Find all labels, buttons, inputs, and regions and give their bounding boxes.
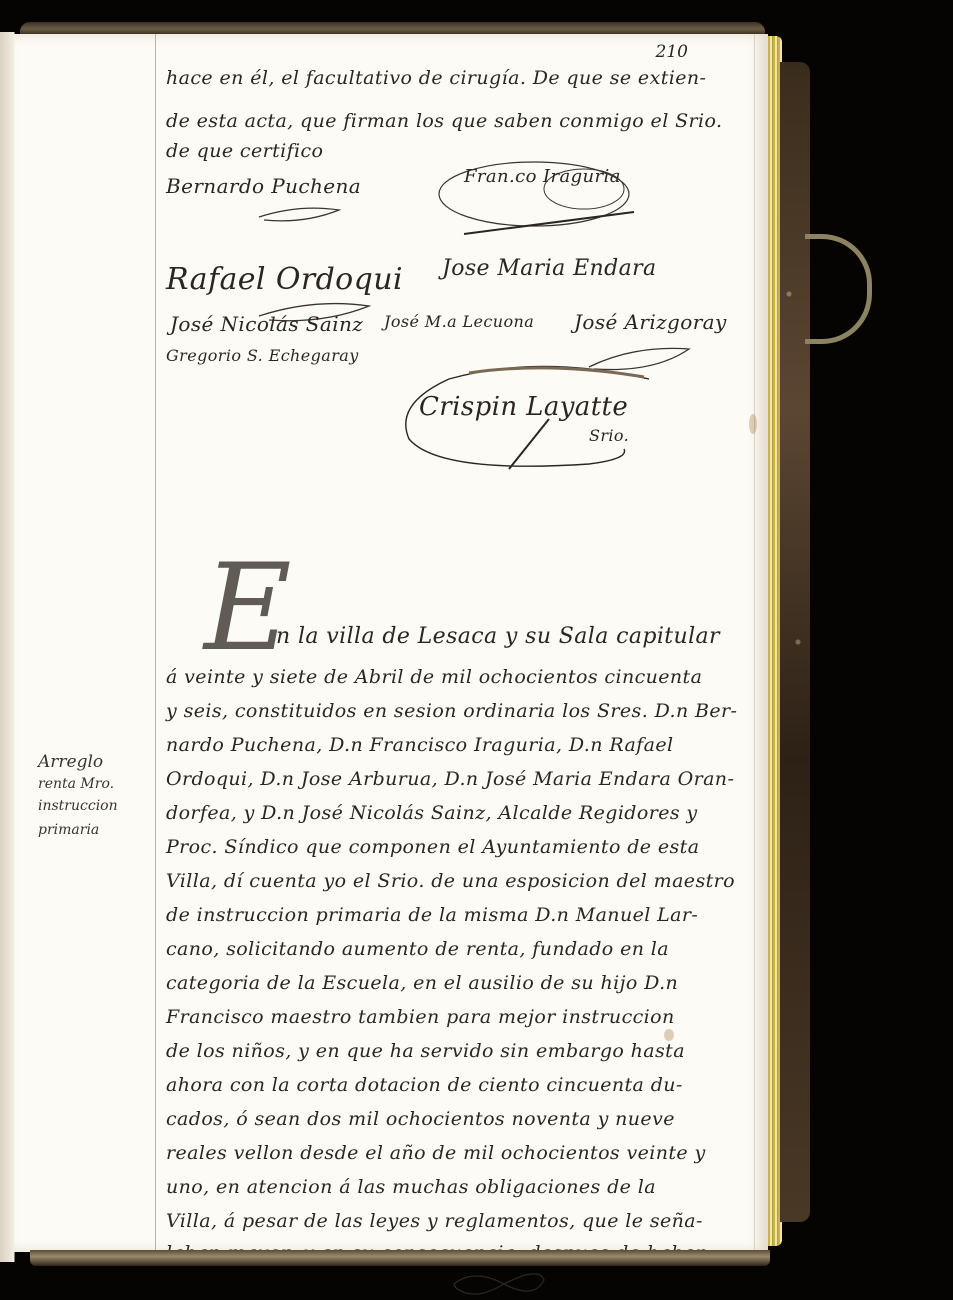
- text-line: cados, ó sean dos mil ochocientos novent…: [166, 1108, 675, 1130]
- text-line: uno, en atencion á las muchas obligacion…: [166, 1176, 656, 1198]
- text-line: de que certifico: [166, 140, 323, 162]
- signature: Jose Maria Endara: [442, 256, 657, 281]
- signature: José Nicolás Sainz: [170, 312, 363, 336]
- text-line: categoria de la Escuela, en el ausilio d…: [166, 972, 678, 994]
- margin-note-line: primaria: [38, 822, 99, 838]
- text-line: nardo Puchena, D.n Francisco Iraguria, D…: [166, 734, 673, 756]
- text-line: de los niños, y en que ha servido sin em…: [166, 1040, 685, 1062]
- open-ledger-book: 210 hace en él, el facultativo de cirugí…: [0, 22, 790, 1272]
- text-line: hace en él, el facultativo de cirugía. D…: [166, 67, 706, 89]
- text-line: Villa, á pesar de las leyes y reglamento…: [166, 1210, 703, 1232]
- signature-flourish: [424, 154, 644, 244]
- text-line: n la villa de Lesaca y su Sala capitular: [276, 624, 720, 649]
- secretary-title: Srio.: [589, 426, 629, 445]
- book-bottom-edge: [30, 1250, 770, 1266]
- signature-flourish: [254, 202, 344, 226]
- drop-cap-letter: E: [204, 539, 292, 678]
- signature: José Arizgoray: [574, 310, 727, 334]
- text-line: reales vellon desde el año de mil ochoci…: [166, 1142, 706, 1164]
- text-line: Ordoqui, D.n Jose Arburua, D.n José Mari…: [166, 768, 734, 790]
- margin-rule: [155, 34, 156, 1252]
- text-line: cano, solicitando aumento de renta, fund…: [166, 938, 669, 960]
- text-line: ahora con la corta dotacion de ciento ci…: [166, 1074, 683, 1096]
- signature: Bernardo Puchena: [166, 174, 361, 198]
- text-line: Francisco maestro tambien para mejor ins…: [166, 1006, 675, 1028]
- text-line: de instruccion primaria de la misma D.n …: [166, 904, 698, 926]
- text-line: de esta acta, que firman los que saben c…: [166, 110, 722, 132]
- text-line: dorfea, y D.n José Nicolás Sainz, Alcald…: [166, 802, 698, 824]
- text-line: Proc. Síndico que componen el Ayuntamien…: [166, 836, 699, 858]
- manuscript-page: 210 hace en él, el facultativo de cirugí…: [14, 34, 768, 1252]
- left-page-edge: [0, 32, 15, 1262]
- folio-number: 210: [656, 42, 688, 62]
- signature: Gregorio S. Echegaray: [166, 346, 359, 365]
- signature: Rafael Ordoqui: [166, 262, 403, 297]
- closing-flourish: [444, 1266, 554, 1300]
- text-line: á veinte y siete de Abril de mil ochocie…: [166, 666, 702, 688]
- foxing-stain: [749, 414, 757, 434]
- right-rule: [754, 34, 755, 1252]
- text-line: y seis, constituidos en sesion ordinaria…: [166, 700, 737, 722]
- cloth-strap-loop: [805, 234, 872, 344]
- text-line: Villa, dí cuenta yo el Srio. de una espo…: [166, 870, 735, 892]
- margin-note-line: instruccion: [38, 798, 118, 814]
- margin-note-line: renta Mro.: [38, 776, 114, 792]
- margin-note-line: Arreglo: [38, 752, 103, 772]
- secretary-signature: Crispin Layatte: [419, 392, 628, 422]
- signature: José M.a Lecuona: [384, 312, 534, 331]
